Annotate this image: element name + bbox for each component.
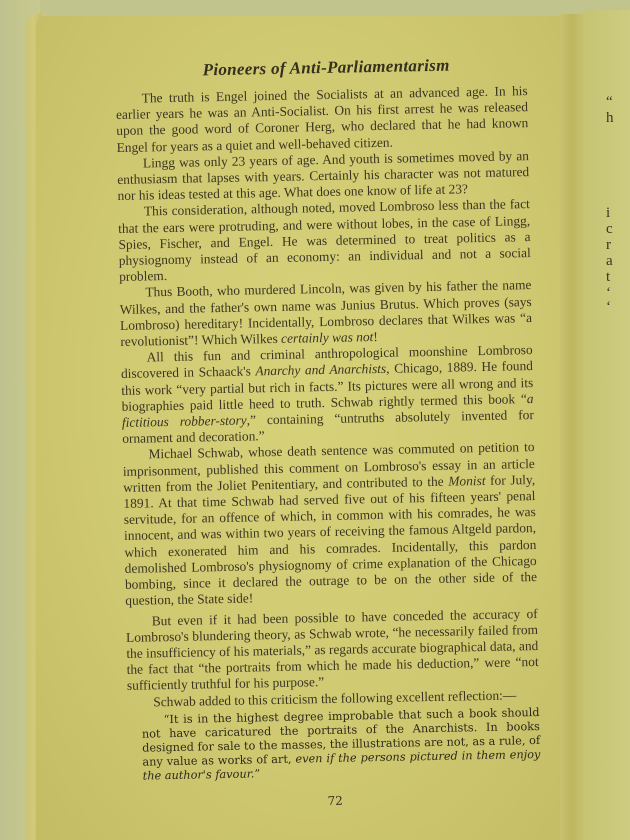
book-gutter	[560, 14, 586, 840]
paragraph: But even if it had been possible to have…	[126, 605, 539, 694]
facing-page-fragment: ‘	[606, 300, 611, 315]
paragraph: This consideration, although noted, move…	[118, 196, 531, 285]
italic-text: certainly was not	[281, 329, 374, 346]
italic-text: Monist	[448, 473, 485, 489]
facing-page-fragment: r	[606, 238, 611, 253]
facing-page-fragment: i	[606, 206, 610, 221]
facing-page-fragment: “	[606, 95, 613, 110]
paragraph: Lingg was only 23 years of age. And yout…	[117, 148, 530, 205]
page-text-block: Pioneers of Anti-Parliamentarism The tru…	[115, 54, 541, 811]
facing-page-fragment: t	[606, 270, 610, 285]
text-run: ”	[254, 767, 260, 780]
facing-page-fragment: h	[606, 111, 614, 126]
facing-page-fragment: a	[606, 254, 613, 269]
paragraph: All this fun and criminal anthropologica…	[121, 342, 535, 447]
italic-text: Anarchy and Anarchists	[255, 361, 386, 379]
body-paragraphs: The truth is Engel joined the Socialists…	[116, 83, 540, 711]
paragraph: Thus Booth, who murdered Lincoln, was gi…	[119, 277, 532, 350]
paragraph: The truth is Engel joined the Socialists…	[116, 83, 529, 156]
block-quote: “It is in the highest degree improbable …	[142, 706, 541, 784]
paragraph: Michael Schwab, whose death sentence was…	[122, 439, 537, 609]
facing-page: “ h i c r a t ‘ ‘	[586, 10, 630, 840]
facing-page-fragment: c	[606, 222, 613, 237]
text-run: !	[373, 329, 378, 344]
